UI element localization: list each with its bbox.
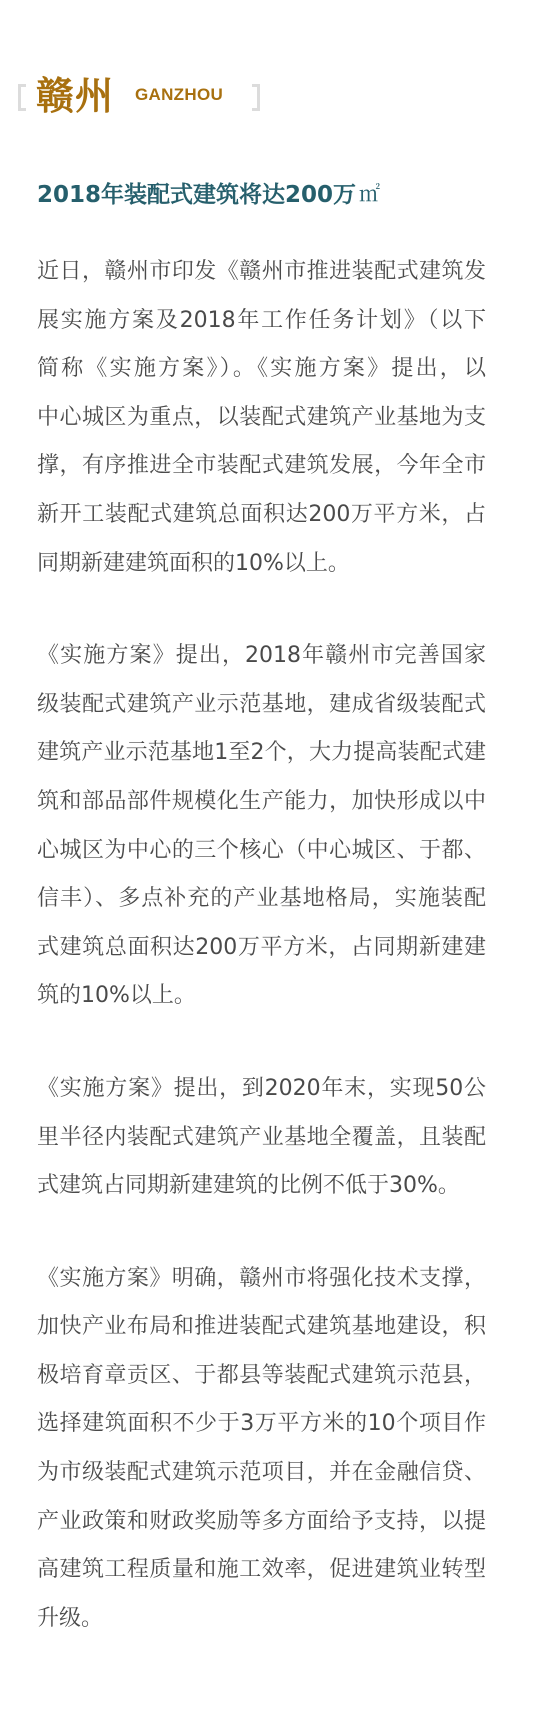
text-line: 极培育章贡区、于都县等装配式建筑示范县，	[37, 1352, 486, 1401]
text-line: 产业政策和财政奖励等多方面给予支持，以提	[37, 1498, 486, 1547]
article-body: 近日，赣州市印发《赣州市推进装配式建筑发 展实施方案及2018年工作任务计划》（…	[37, 248, 486, 1687]
paragraph-3: 《实施方案》提出，到2020年末，实现50公 里半径内装配式建筑产业基地全覆盖，…	[37, 1065, 486, 1211]
article-title: 2018年装配式建筑将达200万㎡	[37, 179, 380, 211]
text-line: 升级。	[37, 1595, 486, 1644]
text-line: 级装配式建筑产业示范基地，建成省级装配式	[37, 681, 486, 730]
square-meter-unit: ㎡	[359, 182, 380, 206]
text-line: 选择建筑面积不少于3万平方米的10个项目作	[37, 1400, 486, 1449]
text-line: 简称《实施方案》）。《实施方案》提出，以	[37, 345, 486, 394]
text-line: 里半径内装配式建筑产业基地全覆盖，且装配	[37, 1114, 486, 1163]
text-line: 筑和部品部件规模化生产能力，加快形成以中	[37, 778, 486, 827]
text-line: 筑的10%以上。	[37, 972, 486, 1021]
text-line: 信丰）、多点补充的产业基地格局，实施装配	[37, 875, 486, 924]
text-line: 为市级装配式建筑示范项目，并在金融信贷、	[37, 1449, 486, 1498]
text-line: 心城区为中心的三个核心（中心城区、于都、	[37, 827, 486, 876]
city-name-english: GANZHOU	[135, 84, 223, 106]
paragraph-4: 《实施方案》明确，赣州市将强化技术支撑， 加快产业布局和推进装配式建筑基地建设，…	[37, 1255, 486, 1644]
text-line: 《实施方案》提出，到2020年末，实现50公	[37, 1065, 486, 1114]
text-line: 展实施方案及2018年工作任务计划》（以下	[37, 297, 486, 346]
left-bracket-decoration	[18, 84, 26, 111]
text-line: 《实施方案》提出，2018年赣州市完善国家	[37, 632, 486, 681]
text-line: 加快产业布局和推进装配式建筑基地建设，积	[37, 1303, 486, 1352]
article-title-text: 2018年装配式建筑将达200万	[37, 182, 356, 208]
right-bracket-decoration	[252, 84, 260, 111]
text-line: 建筑产业示范基地1至2个，大力提高装配式建	[37, 729, 486, 778]
paragraph-2: 《实施方案》提出，2018年赣州市完善国家 级装配式建筑产业示范基地，建成省级装…	[37, 632, 486, 1021]
paragraph-1: 近日，赣州市印发《赣州市推进装配式建筑发 展实施方案及2018年工作任务计划》（…	[37, 248, 486, 588]
section-header: 赣州 GANZHOU	[0, 0, 550, 140]
text-line: 同期新建建筑面积的10%以上。	[37, 540, 486, 589]
text-line: 中心城区为重点，以装配式建筑产业基地为支	[37, 394, 486, 443]
text-line: 新开工装配式建筑总面积达200万平方米，占	[37, 491, 486, 540]
text-line: 《实施方案》明确，赣州市将强化技术支撑，	[37, 1255, 486, 1304]
text-line: 近日，赣州市印发《赣州市推进装配式建筑发	[37, 248, 486, 297]
text-line: 式建筑占同期新建建筑的比例不低于30%。	[37, 1162, 486, 1211]
text-line: 高建筑工程质量和施工效率，促进建筑业转型	[37, 1546, 486, 1595]
city-name-chinese: 赣州	[36, 74, 114, 118]
text-line: 撑，有序推进全市装配式建筑发展，今年全市	[37, 442, 486, 491]
text-line: 式建筑总面积达200万平方米，占同期新建建	[37, 924, 486, 973]
